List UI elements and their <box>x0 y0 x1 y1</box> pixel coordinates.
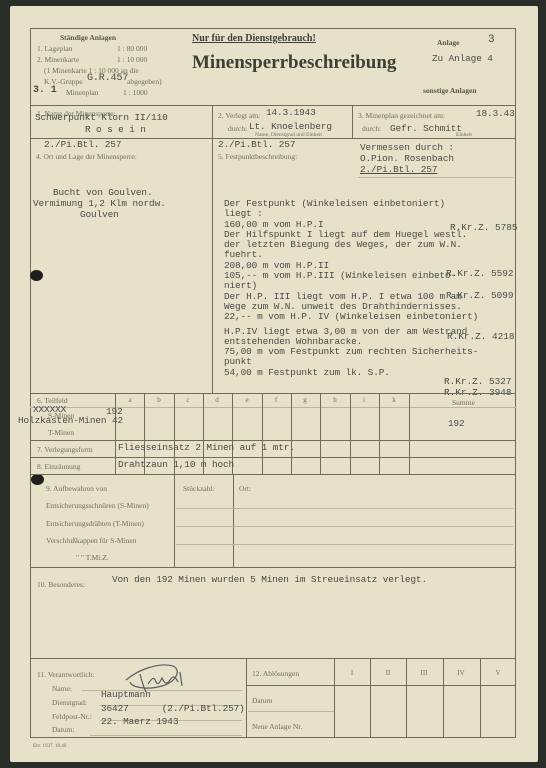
column-i: i <box>354 396 374 404</box>
kv-gruppe-abgegeben: abgegeben) <box>127 77 162 86</box>
rkrz-label: R.Kr.Z. <box>447 331 486 342</box>
minenplan-gezeichnet-date: 18.3.43 <box>476 109 515 119</box>
column-g: g <box>295 396 315 404</box>
divider <box>30 567 516 568</box>
minenplan-label: Minenplan <box>66 88 99 97</box>
anlage-value: 3 <box>488 35 495 45</box>
divider <box>291 393 292 474</box>
aufbewahren-item: Entsicherungsdrähten (T-Minen) <box>46 519 144 528</box>
restricted-banner: Nur für den Dienstgebrauch! <box>192 33 316 44</box>
rkrz-value: 4218 <box>492 331 515 342</box>
summe-value: 192 <box>448 419 465 429</box>
divider <box>246 685 516 686</box>
divider <box>480 658 481 738</box>
minenplan-scale: 1 : 1000 <box>123 88 148 97</box>
lageplan-scale: 1 : 80 000 <box>117 44 147 53</box>
aufbewahren-item: " " T.Mi.Z. <box>76 553 109 562</box>
rkrz-value: 5785 <box>495 222 518 233</box>
verantwortlich-label: 11. Verantwortlich: <box>37 670 95 679</box>
rkrz-ref-4: R.Kr.Z. 4218 <box>447 331 515 342</box>
punch-hole-top <box>30 270 43 281</box>
divider <box>30 457 516 458</box>
abloesung-datum-label: Datum <box>252 696 272 705</box>
divider <box>30 105 516 106</box>
divider <box>176 544 513 545</box>
rkrz-label: R.Kr.Z. <box>446 268 485 279</box>
section5-unit: 2./Pi.Btl. 257 <box>218 140 295 150</box>
divider <box>350 393 351 474</box>
divider <box>406 658 407 738</box>
divider <box>30 407 516 408</box>
divider <box>443 658 444 738</box>
minenkarte-label: 2. Minenkarte <box>37 55 79 64</box>
rkrz-ref-3: R.Kr.Z. 5099 <box>446 290 514 301</box>
rkrz-label: R.Kr.Z. <box>444 376 483 387</box>
ort-lage-line-1: Bucht von Goulven. <box>53 188 152 198</box>
ort-lage-line-2: Vermimung 1,2 Klm nordw. <box>33 199 166 209</box>
rkrz-ref-1: R.Kr.Z. 5785 <box>450 222 518 233</box>
verlegt-durch-sublabel: Name, Dienstgrad und Einheit <box>255 132 322 138</box>
summe-label: Summe <box>452 398 475 407</box>
abloesung-col-I: I <box>342 669 362 677</box>
rkrz-ref-2: R.Kr.Z. 5592 <box>446 268 514 279</box>
verlegungsform-label: 7. Verlegungsform <box>37 445 93 454</box>
abloesungen-label: 12. Ablösungen <box>252 669 299 678</box>
festpunkt-line: 22,-- m vom H.P. IV (Winkeleisen einbeto… <box>224 312 478 322</box>
holzkasten-minen: Holzkasten-Minen 42 <box>18 416 123 426</box>
besonderes-value: Von den 192 Minen wurden 5 Minen im Stre… <box>112 575 427 585</box>
zu-anlage: Zu Anlage 4 <box>432 54 493 64</box>
divider <box>233 474 234 567</box>
divider <box>176 526 513 527</box>
rkrz-label: R.Kr.Z. <box>446 290 485 301</box>
anlage-label: Anlage <box>437 38 460 47</box>
section4-unit: 2./Pi.Btl. 257 <box>44 140 121 150</box>
vermessen-line-3: 2./Pi.Btl. 257 <box>360 165 437 175</box>
t-minen-label: T-Minen <box>48 428 74 437</box>
vermessen-line-1: Vermessen durch : <box>360 143 454 153</box>
column-d: d <box>207 396 227 404</box>
divider <box>352 105 353 138</box>
ort-lage-label: 4. Ort und Lage der Minensperre: <box>36 152 137 161</box>
einzaeunung-value: Drahtzaun 1,10 m hoch <box>118 460 234 470</box>
rkrz-value: 5327 <box>489 376 512 387</box>
gezeichnet-durch-sublabel: Einheit <box>456 132 472 138</box>
rkrz-label: R.Kr.Z. <box>450 222 489 233</box>
festpunkt-label: 5. Festpunktbeschreibung: <box>218 152 297 161</box>
minenplan-gezeichnet-label: 3. Minenplan gezeichnet am: <box>358 111 445 120</box>
abloesung-col-V: V <box>488 669 508 677</box>
divider <box>246 658 247 738</box>
column-c: c <box>178 396 198 404</box>
aufbewahren-item: Entsicherungsschnüren (S-Minen) <box>46 501 149 510</box>
aufbewahren-item: Verschlußkappen für S-Minen <box>46 536 136 545</box>
divider <box>30 474 516 475</box>
minensperre-name-value-2: R o s e i n <box>85 125 146 135</box>
dienstgrad-label: Dienstgrad: <box>52 698 87 707</box>
minensperre-name-value: Schwerpunkt Klorn II/110 <box>35 113 168 123</box>
column-f: f <box>266 396 286 404</box>
verlegt-am-label: 2. Verlegt am: <box>218 111 260 120</box>
einzaeunung-label: 8. Einzäunung <box>37 462 80 471</box>
divider <box>248 711 334 712</box>
lageplan-label: 1. Lageplan <box>37 44 72 53</box>
typed-xxx: XXXXXX <box>33 405 66 415</box>
ort-label: Ort: <box>239 484 251 493</box>
gezeichnet-durch-label: durch: <box>362 124 381 133</box>
rkrz-value: 5592 <box>491 268 514 279</box>
datum-label: Datum: <box>52 725 75 734</box>
divider <box>90 735 242 736</box>
verlegungsform-value: Fliesseinsatz 2 Minen auf 1 mtr. <box>118 443 295 453</box>
divider <box>358 177 513 178</box>
divider <box>409 393 410 474</box>
feldpost-value: 36427 (2./Pi.Btl.257) <box>101 704 245 714</box>
vermessen-line-2: O.Pion. Rosenbach <box>360 154 454 164</box>
abloesung-col-II: II <box>378 669 398 677</box>
dienstgrad-value: Hauptmann <box>101 690 151 700</box>
divider <box>370 658 371 738</box>
datum-value: 22. Maerz 1943 <box>101 717 178 727</box>
divider <box>174 474 175 567</box>
standige-anlagen-heading: Ständige Anlagen <box>60 33 116 42</box>
feldpost-label: Feldpost-Nr.: <box>52 712 92 721</box>
column-e: e <box>237 396 257 404</box>
rkrz-value: 5099 <box>491 290 514 301</box>
document-title: Minensperrbeschreibung <box>192 52 396 74</box>
name-label: Name: <box>52 684 72 693</box>
kv-gruppe-value: G.R.457 <box>87 74 128 84</box>
ort-lage-line-3: Goulven <box>80 210 119 220</box>
divider <box>379 393 380 474</box>
gezeichnet-durch-value: Gefr. Schmitt <box>390 124 462 134</box>
minenplan-prefix: 3. 1 <box>33 86 57 96</box>
besonderes-label: 10. Besonderes: <box>37 580 85 589</box>
festpunkt-line: 54,00 m Festpunkt zum lk. S.P. <box>224 368 478 378</box>
divider <box>30 440 516 441</box>
verlegt-am-date: 14.3.1943 <box>266 108 316 118</box>
verlegt-durch-value: Lt. Knoelenberg <box>249 122 332 132</box>
festpunkt-description: Der Festpunkt (Winkeleisen einbetoniert)… <box>224 199 478 378</box>
festpunkt-line: 105,-- m vom H.P.III (Winkeleisen einbet… <box>224 271 478 281</box>
column-k: k <box>384 396 404 404</box>
column-b: b <box>149 396 169 404</box>
divider <box>262 393 263 474</box>
divider <box>30 393 516 394</box>
verlegt-durch-label: durch: <box>228 124 247 133</box>
minenkarte-scale: 1 : 10 000 <box>117 55 147 64</box>
neue-anlage-label: Neue Anlage Nr. <box>252 722 302 731</box>
aufbewahren-label: 9. Aufbewahren von <box>46 484 107 493</box>
stueckzahl-label: Stückzahl: <box>183 484 215 493</box>
column-a: a <box>120 396 140 404</box>
abloesung-col-III: III <box>414 669 434 677</box>
rkrz-ref-5: R.Kr.Z. 5327 <box>444 376 512 387</box>
divider <box>176 508 513 509</box>
divider <box>212 105 213 393</box>
festpunkt-line: 75,00 m vom Festpunkt zum rechten Sicher… <box>224 347 478 357</box>
sonstige-anlagen-label: sonstige Anlagen <box>423 86 477 95</box>
column-h: h <box>325 396 345 404</box>
print-code: Ehr. 1937. 10.40 <box>33 744 66 749</box>
punch-hole-bottom <box>31 474 44 485</box>
divider <box>334 658 335 738</box>
abloesung-col-IV: IV <box>451 669 471 677</box>
divider <box>320 393 321 474</box>
